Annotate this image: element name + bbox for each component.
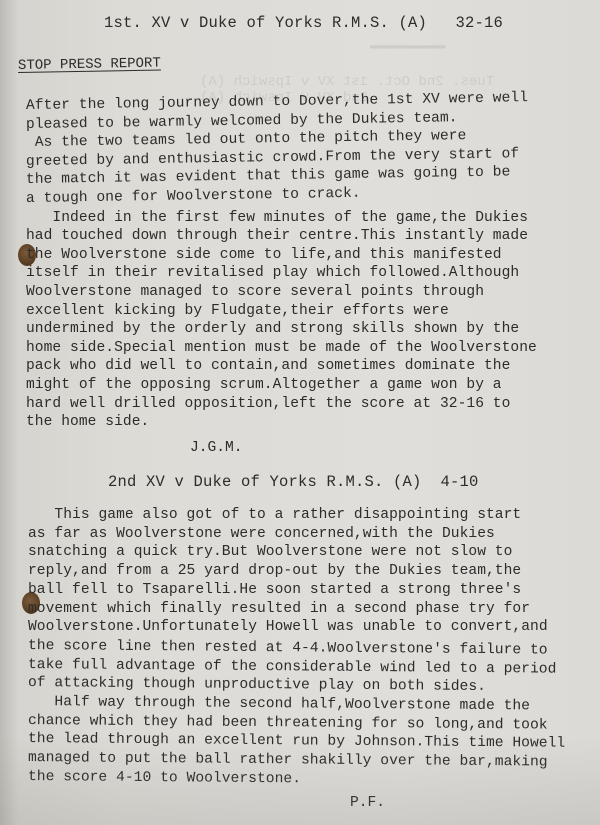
report-line: Woolverstone.Unfortunately Howell was un… (28, 619, 548, 635)
match1-signature: J.G.M. (190, 440, 243, 456)
match2-heading: 2nd XV v Duke of Yorks R.M.S. (A) 4-10 (108, 473, 479, 491)
report-line: Woolverstone managed to score several po… (26, 284, 484, 300)
stop-press-label: STOP PRESS REPORT (18, 56, 161, 74)
report-line: take full advantage of the considerable … (28, 657, 557, 678)
report-line: Half way through the second half,Woolver… (28, 694, 530, 714)
match2-signature: P.F. (350, 795, 385, 811)
report-line: a tough one for Woolverstone to crack. (26, 186, 361, 207)
report-line: had touched down through their centre.Th… (26, 228, 528, 244)
report-line: hard well drilled opposition,left the sc… (26, 396, 510, 412)
report-line: as far as Woolverstone were concerned,wi… (28, 526, 495, 542)
report-line: of attacking though unproductive play on… (28, 675, 486, 695)
match1-heading: 1st. XV v Duke of Yorks R.M.S. (A) 32-16 (104, 14, 503, 32)
report-line: managed to put the ball rather shakilly … (28, 750, 548, 771)
report-line: This game also got of to a rather disapp… (28, 507, 521, 523)
show-through-text: Tues. 2nd Oct. 1st XV v Ipswich (A) (200, 74, 494, 90)
report-line: home side.Special mention must be made o… (26, 340, 537, 356)
report-line: ball fell to Tsaparelli.He soon started … (28, 582, 521, 598)
typed-page: ▬▬▬▬▬▬▬▬▬ Tues. 2nd Oct. 1st XV v Ipswic… (0, 0, 600, 825)
report-line: chance which they had been threatening f… (28, 713, 548, 734)
report-line: snatching a quick try.But Woolverstone w… (28, 544, 512, 560)
report-line: the home side. (26, 414, 149, 430)
show-through-text: ▬▬▬▬▬▬▬▬▬ (370, 38, 446, 54)
report-line: the Woolverstone side come to life,and t… (26, 247, 502, 263)
report-line: excellent kicking by Fludgate,their effo… (26, 303, 449, 319)
report-line: undermined by the orderly and strong ski… (26, 321, 519, 337)
report-line: movement which finally resulted in a sec… (28, 601, 530, 617)
report-line: itself in their revitalised play which f… (26, 265, 519, 281)
report-line: pack who did well to contain,and sometim… (26, 358, 510, 374)
report-line: Indeed in the first few minutes of the g… (26, 210, 528, 226)
report-line: reply,and from a 25 yard drop-out by the… (28, 563, 521, 579)
report-line: the score line then rested at 4-4.Woolve… (28, 638, 548, 659)
report-line: the score 4-10 to Woolverstone. (28, 769, 301, 787)
report-line: might of the opposing scrum.Altogether a… (26, 377, 502, 393)
report-line: the lead through an excellent run by Joh… (28, 731, 565, 752)
